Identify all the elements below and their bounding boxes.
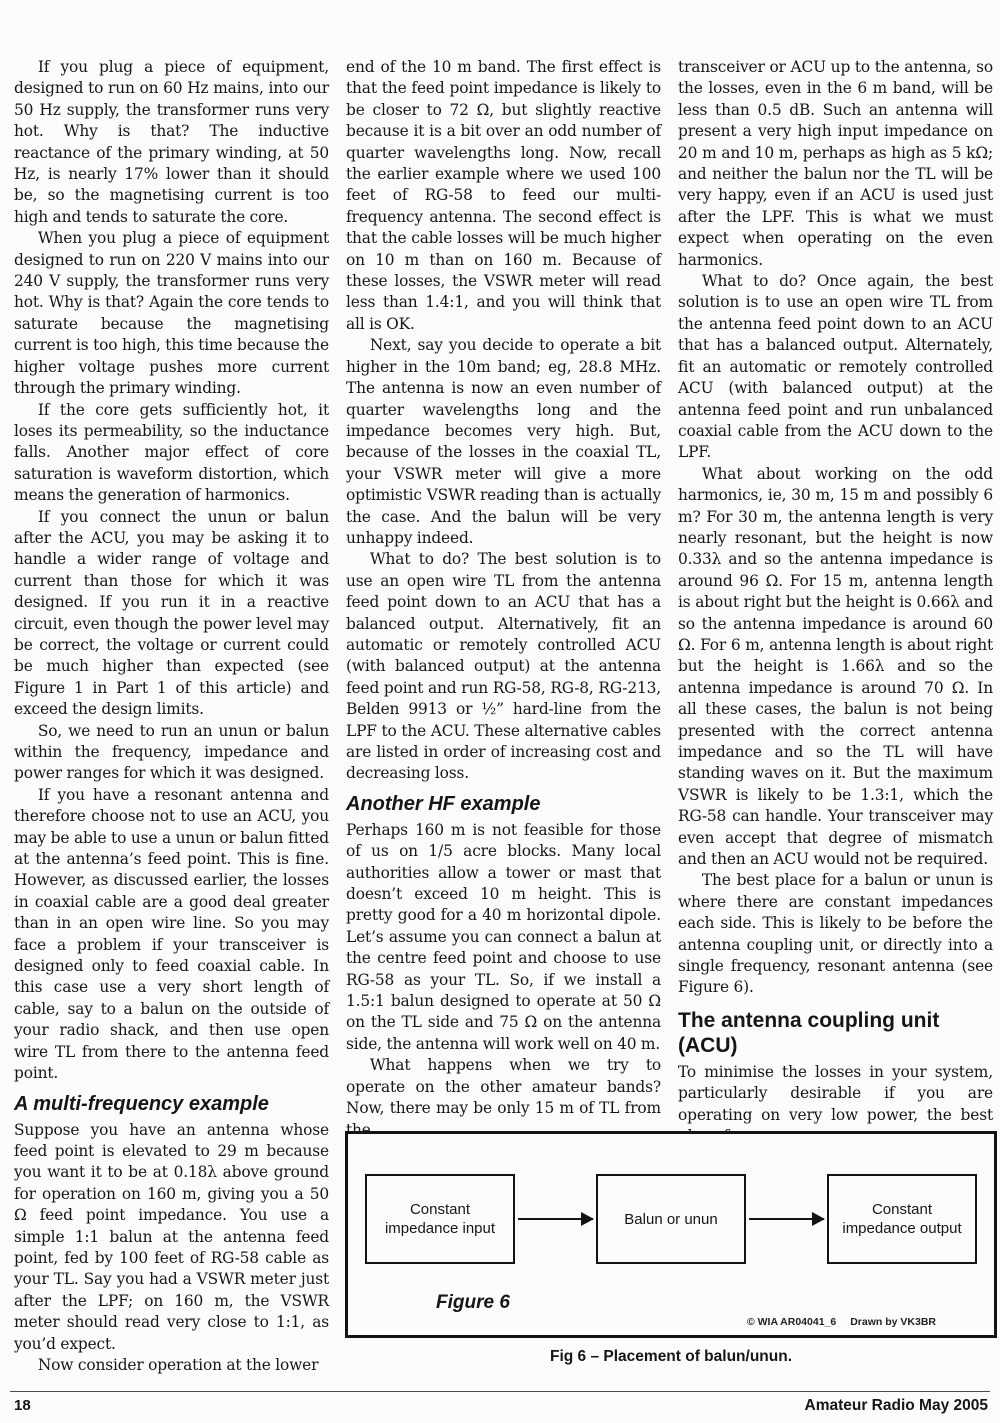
paragraph: If you plug a piece of equipment, design…: [14, 57, 329, 228]
diagram-box-constant-impedance-input: Constant impedance input: [365, 1174, 515, 1264]
section-heading-multi-frequency-example: A multi-frequency example: [14, 1092, 329, 1116]
paragraph: Perhaps 160 m is not feasible for those …: [346, 820, 661, 1055]
footer-divider: [10, 1391, 990, 1392]
paragraph: If you connect the unun or balun after t…: [14, 507, 329, 721]
figure-label: Figure 6: [436, 1292, 510, 1314]
diagram-box-constant-impedance-output: Constant impedance output: [827, 1174, 977, 1264]
paragraph: Now consider operation at the lower: [14, 1355, 329, 1376]
flow-arrow-icon: [518, 1218, 593, 1221]
paragraph: What happens when we try to operate on t…: [346, 1055, 661, 1141]
figure-credit: © WIA AR04041_6 Drawn by VK3BR: [747, 1316, 936, 1328]
figure-caption: Fig 6 – Placement of balun/unun.: [345, 1348, 997, 1366]
diagram-flow-row: Constant impedance input Balun or unun C…: [365, 1174, 977, 1264]
paragraph: The best place for a balun or unun is wh…: [678, 870, 993, 998]
magazine-page: If you plug a piece of equipment, design…: [0, 0, 1000, 1423]
figure-artist: Drawn by VK3BR: [850, 1316, 936, 1328]
paragraph: What about working on the odd harmonics,…: [678, 464, 993, 871]
flow-arrow-icon: [749, 1218, 824, 1221]
paragraph: transceiver or ACU up to the antenna, so…: [678, 57, 993, 271]
paragraph: What to do? Once again, the best solutio…: [678, 271, 993, 464]
publication-name: Amateur Radio May 2005: [805, 1397, 989, 1415]
figure-6-diagram: Constant impedance input Balun or unun C…: [345, 1131, 997, 1338]
paragraph: end of the 10 m band. The first effect i…: [346, 57, 661, 335]
figure-copyright: © WIA AR04041_6: [747, 1316, 836, 1328]
section-heading-another-hf-example: Another HF example: [346, 792, 661, 816]
column-1: If you plug a piece of equipment, design…: [14, 57, 329, 1376]
section-heading-antenna-coupling-unit: The antenna coupling unit (ACU): [678, 1008, 993, 1058]
paragraph: If you have a resonant antenna and there…: [14, 785, 329, 1085]
page-number: 18: [14, 1397, 31, 1414]
paragraph: If the core gets sufficiently hot, it lo…: [14, 400, 329, 507]
paragraph: What to do? The best solution is to use …: [346, 549, 661, 784]
paragraph: When you plug a piece of equipment desig…: [14, 228, 329, 399]
paragraph: Next, say you decide to operate a bit hi…: [346, 335, 661, 549]
paragraph: So, we need to run an unun or balun with…: [14, 721, 329, 785]
paragraph: Suppose you have an antenna whose feed p…: [14, 1120, 329, 1355]
diagram-box-balun-or-unun: Balun or unun: [596, 1174, 746, 1264]
